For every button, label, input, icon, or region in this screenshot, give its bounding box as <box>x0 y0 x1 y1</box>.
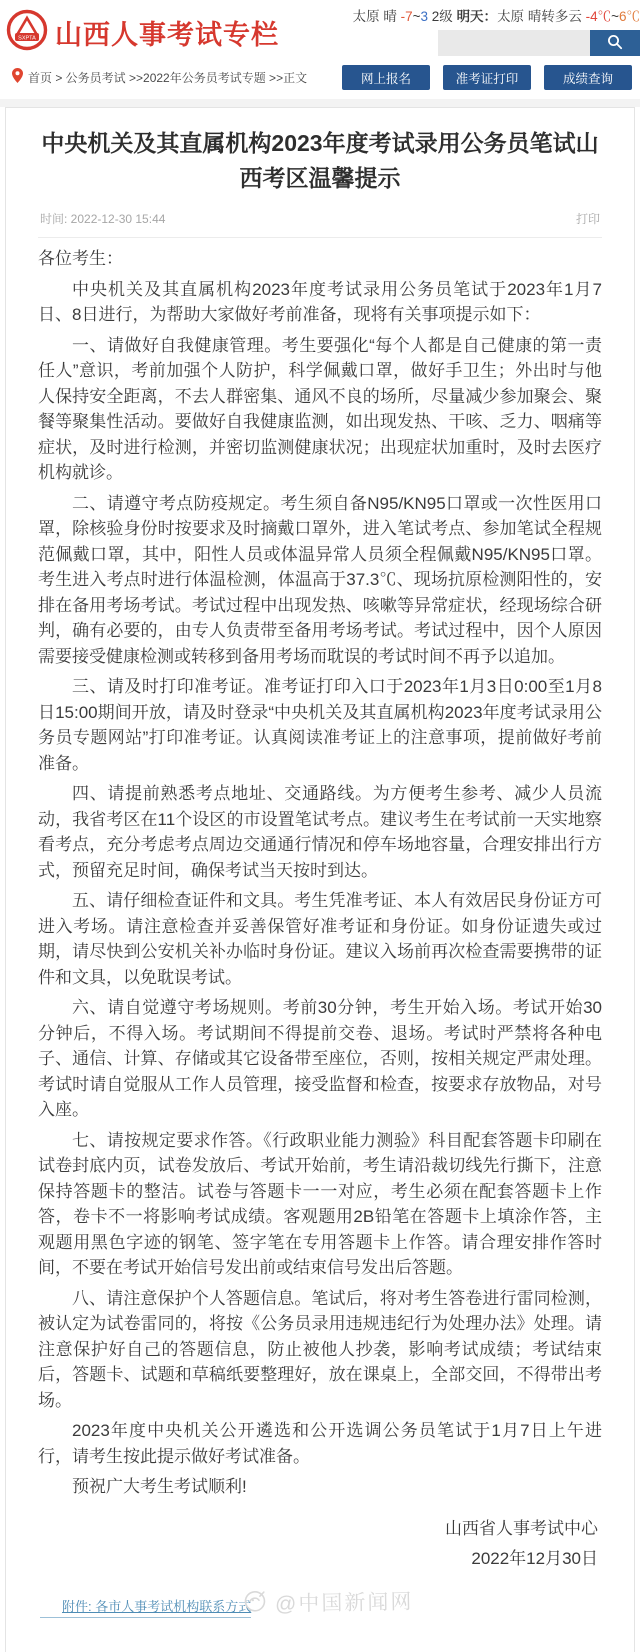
article-paragraph: 四、请提前熟悉考点地址、交通路线。为方便考生参考、减少人员流动，我省考区在11个… <box>38 781 602 883</box>
header-right: 太原 晴 -7~3 2级 明天：太原 晴转多云 -4℃~6℃ <box>340 5 640 56</box>
article-paragraph: 2023年度中央机关公开遴选和公开选调公务员笔试于1月7日上午进行，请考生按此提… <box>38 1418 602 1469</box>
weather-segment: -7 <box>401 9 413 24</box>
search-input[interactable] <box>438 30 590 56</box>
weather-segment: 6℃ <box>619 9 640 24</box>
article-paragraph: 各位考生： <box>38 246 602 272</box>
page-title: 中央机关及其直属机构2023年度考试录用公务员笔试山西考区温馨提示 <box>38 126 602 196</box>
weather-segment: -4℃ <box>586 9 612 24</box>
article: 中央机关及其直属机构2023年度考试录用公务员笔试山西考区温馨提示 时间: 20… <box>5 107 635 1652</box>
breadcrumb-bar: 首页 > 公务员考试 >>2022年公务员考试专题 >>正文 网上报名准考证打印… <box>0 56 640 99</box>
article-paragraph: 三、请及时打印准考证。准考证打印入口于2023年1月3日0:00至1月8日15:… <box>38 674 602 776</box>
quick-nav-button[interactable]: 成绩查询 <box>544 65 632 90</box>
breadcrumb: 首页 > 公务员考试 >>2022年公务员考试专题 >>正文 <box>12 68 307 88</box>
breadcrumb-text[interactable]: 首页 > 公务员考试 >>2022年公务员考试专题 >>正文 <box>28 69 307 86</box>
site-header: SXPTA 山西人事考试专栏 太原 晴 -7~3 2级 明天：太原 晴转多云 -… <box>0 0 640 56</box>
weather-bar: 太原 晴 -7~3 2级 明天：太原 晴转多云 -4℃~6℃ <box>353 7 640 27</box>
news-agency-logo-icon <box>243 1587 270 1619</box>
quick-nav-buttons: 网上报名准考证打印成绩查询 <box>342 65 632 90</box>
weather-segment: 3 <box>421 9 429 24</box>
quick-nav-button[interactable]: 准考证打印 <box>443 65 531 90</box>
site-logo-group[interactable]: SXPTA 山西人事考试专栏 <box>6 5 279 56</box>
site-logo-icon: SXPTA <box>6 9 48 56</box>
site-title: 山西人事考试专栏 <box>55 13 279 52</box>
page: SXPTA 山西人事考试专栏 太原 晴 -7~3 2级 明天：太原 晴转多云 -… <box>0 0 640 1652</box>
divider-strip <box>0 99 640 107</box>
article-paragraph: 八、请注意保护个人答题信息。笔试后，将对考生答卷进行雷同检测，被认定为试卷雷同的… <box>38 1286 602 1414</box>
weather-segment: ~ <box>413 9 421 24</box>
search-button[interactable] <box>590 30 640 56</box>
weather-segment: 太原 晴转多云 <box>497 9 586 24</box>
signature-block: 山西省人事考试中心 2022年12月30日 <box>38 1514 602 1574</box>
signature-org: 山西省人事考试中心 <box>38 1514 598 1544</box>
article-paragraph: 一、请做好自我健康管理。考生要强化“每个人都是自己健康的第一责任人”意识，考前加… <box>38 333 602 486</box>
article-meta-row: 时间: 2022-12-30 15:44 打印 <box>38 208 602 238</box>
watermark: @中国新闻网 <box>243 1584 414 1619</box>
article-paragraph: 五、请仔细检查证件和文具。考生凭准考证、本人有效居民身份证方可进入考场。请注意检… <box>38 888 602 990</box>
article-footer-row: 附件: 各市人事考试机构联系方式 @中国新闻网 <box>38 1590 602 1624</box>
print-button[interactable]: 打印 <box>576 210 600 227</box>
location-pin-icon <box>12 68 23 88</box>
logo-abbr-text: SXPTA <box>18 36 36 42</box>
article-paragraph: 七、请按规定要求作答。《行政职业能力测验》科目配套答题卡印刷在试卷封底内页，试卷… <box>38 1128 602 1281</box>
quick-nav-button[interactable]: 网上报名 <box>342 65 430 90</box>
weather-segment: 明天： <box>457 9 498 24</box>
weather-segment: ~ <box>611 9 619 24</box>
watermark-text: @中国新闻网 <box>275 1585 414 1617</box>
article-body: 各位考生：中央机关及其直属机构2023年度考试录用公务员笔试于2023年1月7日… <box>38 246 602 1500</box>
article-paragraph: 二、请遵守考点防疫规定。考生须自备N95/KN95口罩或一次性医用口罩，除核验身… <box>38 491 602 670</box>
weather-segment: 太原 晴 <box>353 9 401 24</box>
article-paragraph: 六、请自觉遵守考场规则。考前30分钟，考生开始入场。考试开始30分钟后，不得入场… <box>38 995 602 1123</box>
weather-segment: 2级 <box>428 9 457 24</box>
article-paragraph: 中央机关及其直属机构2023年度考试录用公务员笔试于2023年1月7日、8日进行… <box>38 277 602 328</box>
article-paragraph: 预祝广大考生考试顺利! <box>38 1474 602 1500</box>
attachment-link[interactable]: 附件: 各市人事考试机构联系方式 <box>40 1596 251 1618</box>
publish-time: 时间: 2022-12-30 15:44 <box>40 210 165 227</box>
signature-date: 2022年12月30日 <box>38 1544 598 1574</box>
search-bar <box>438 30 640 56</box>
search-icon <box>607 34 623 53</box>
